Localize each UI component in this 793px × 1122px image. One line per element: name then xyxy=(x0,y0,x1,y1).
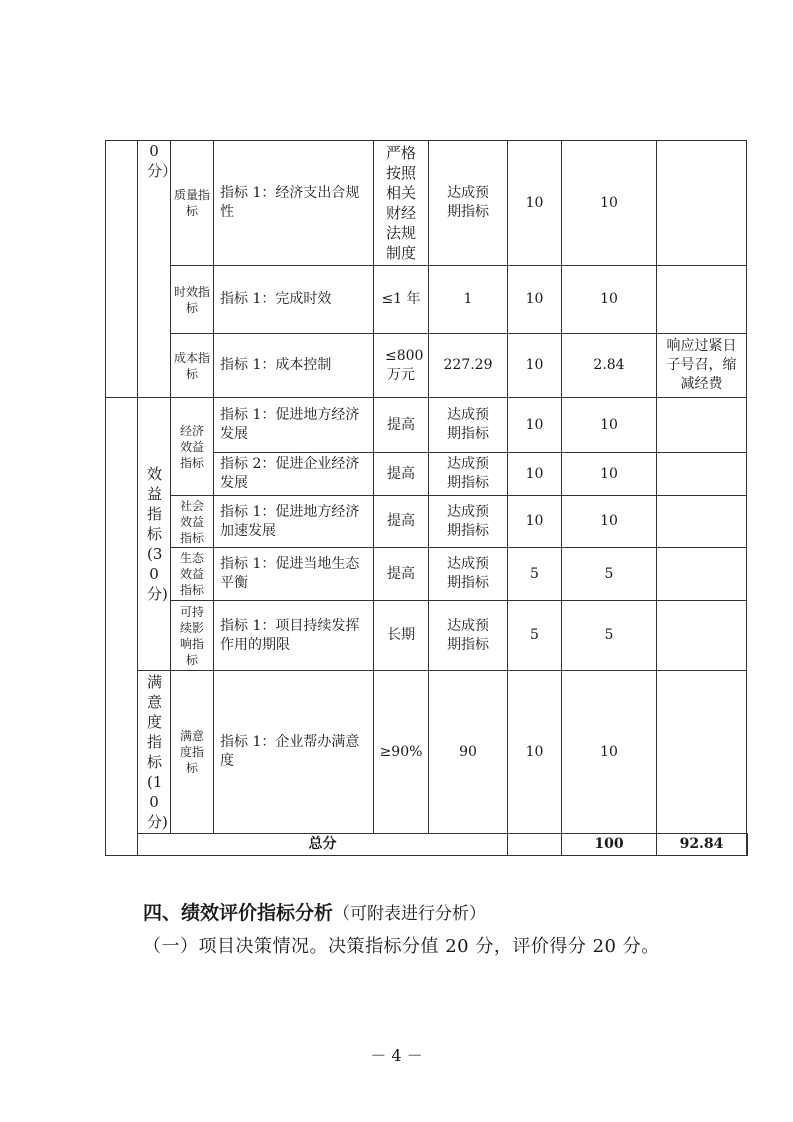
subcategory-text: 满意度指标 xyxy=(178,728,206,776)
actual-text: 达成预期指标 xyxy=(444,455,492,493)
target-text: 严格按照相关财经法规制度 xyxy=(386,143,416,263)
actual-cell: 1 xyxy=(429,266,508,334)
indicator-cell: 指标 1：企业帮办满意度 xyxy=(214,671,374,834)
actual-cell: 达成预期指标 xyxy=(429,548,508,601)
indicator-cell: 指标 1：促进地方经济加速发展 xyxy=(214,496,374,548)
subcategory-cell: 可持续影响指标 xyxy=(171,601,214,671)
weight-cell: 5 xyxy=(508,601,562,671)
performance-table: 0分） 质量指标 指标 1：经济支出合规性 严格按照相关财经法规制度 达成预期指… xyxy=(105,140,748,856)
indicator-cell: 指标 1：项目持续发挥作用的期限 xyxy=(214,601,374,671)
score-cell: 5 xyxy=(562,601,657,671)
table-row: 0分） 质量指标 指标 1：经济支出合规性 严格按照相关财经法规制度 达成预期指… xyxy=(106,141,748,266)
actual-text: 达成预期指标 xyxy=(444,617,492,655)
table-row: 生态效益指标 指标 1：促进当地生态平衡 提高 达成预期指标 5 5 xyxy=(106,548,748,601)
actual-cell: 达成预期指标 xyxy=(429,453,508,496)
actual-text: 达成预期指标 xyxy=(444,503,492,541)
total-row: 总分 100 92.84 xyxy=(106,834,748,856)
page-number: － 4 － xyxy=(0,1043,793,1066)
remark-cell xyxy=(657,141,747,266)
remark-text: 响应过紧日子号召，缩减经费 xyxy=(664,337,740,394)
subcategory-text: 社会效益指标 xyxy=(178,498,206,546)
total-score-cell: 92.84 xyxy=(657,834,747,856)
subcategory-cell: 社会效益指标 xyxy=(171,496,214,548)
table-row: 成本指标 指标 1：成本控制 ≤800万元 227.29 10 2.84 响应过… xyxy=(106,334,748,398)
subcategory-cell: 经济效益指标 xyxy=(171,398,214,496)
actual-cell: 达成预期指标 xyxy=(429,398,508,453)
table-row: 社会效益指标 指标 1：促进地方经济加速发展 提高 达成预期指标 10 10 xyxy=(106,496,748,548)
subcategory-cell: 生态效益指标 xyxy=(171,548,214,601)
category-label: 满意度指标(10分) xyxy=(147,672,161,832)
weight-cell: 10 xyxy=(508,398,562,453)
target-text: ≤800万元 xyxy=(385,347,417,385)
target-cell: ≥90% xyxy=(374,671,429,834)
weight-cell: 10 xyxy=(508,671,562,834)
subcategory-cell: 时效指标 xyxy=(171,266,214,334)
remark-cell xyxy=(657,548,747,601)
section-heading-main: 四、绩效评价指标分析 xyxy=(143,902,333,924)
score-cell: 2.84 xyxy=(562,334,657,398)
remark-cell xyxy=(657,601,747,671)
indicator-cell: 指标 1：促进当地生态平衡 xyxy=(214,548,374,601)
actual-text: 达成预期指标 xyxy=(444,555,492,593)
total-actual-cell xyxy=(508,834,562,856)
weight-cell: 5 xyxy=(508,548,562,601)
remark-cell xyxy=(657,398,747,453)
weight-cell: 10 xyxy=(508,453,562,496)
target-cell: 提高 xyxy=(374,453,429,496)
weight-cell: 10 xyxy=(508,266,562,334)
indicator-cell: 指标 2：促进企业经济发展 xyxy=(214,453,374,496)
target-cell: 长期 xyxy=(374,601,429,671)
actual-cell: 227.29 xyxy=(429,334,508,398)
weight-cell: 10 xyxy=(508,496,562,548)
subcategory-text: 可持续影响指标 xyxy=(178,604,206,668)
subcategory-cell: 成本指标 xyxy=(171,334,214,398)
score-cell: 10 xyxy=(562,266,657,334)
table-row: 满意度指标(10分) 满意度指标 指标 1：企业帮办满意度 ≥90% 90 10… xyxy=(106,671,748,834)
category-cell-output-tail: 0分） xyxy=(138,141,171,398)
section-paragraph: （一）项目决策情况。决策指标分值 20 分，评价得分 20 分。 xyxy=(143,932,660,958)
table-row: 可持续影响指标 指标 1：项目持续发挥作用的期限 长期 达成预期指标 5 5 xyxy=(106,601,748,671)
remark-cell xyxy=(657,496,747,548)
subcategory-text: 经济效益指标 xyxy=(178,423,206,471)
total-remark-cell xyxy=(747,834,748,856)
actual-text: 达成预期指标 xyxy=(444,406,492,444)
remark-cell xyxy=(657,453,747,496)
score-cell: 5 xyxy=(562,548,657,601)
actual-cell: 达成预期指标 xyxy=(429,141,508,266)
score-cell: 10 xyxy=(562,141,657,266)
actual-text: 达成预期指标 xyxy=(444,184,492,222)
indicator-cell: 指标 1：完成时效 xyxy=(214,266,374,334)
total-weight-cell: 100 xyxy=(562,834,657,856)
section-heading: 四、绩效评价指标分析（可附表进行分析） xyxy=(143,898,486,925)
target-cell: 提高 xyxy=(374,398,429,453)
target-cell: 提高 xyxy=(374,496,429,548)
subcategory-text: 生态效益指标 xyxy=(178,550,206,598)
target-cell: 严格按照相关财经法规制度 xyxy=(374,141,429,266)
indicator-cell: 指标 1：促进地方经济发展 xyxy=(214,398,374,453)
subcategory-cell: 满意度指标 xyxy=(171,671,214,834)
remark-cell xyxy=(657,671,747,834)
target-cell: ≤800万元 xyxy=(374,334,429,398)
table-row: 效益指标(30分) 经济效益指标 指标 1：促进地方经济发展 提高 达成预期指标… xyxy=(106,398,748,453)
actual-cell: 达成预期指标 xyxy=(429,496,508,548)
target-cell: ≤1 年 xyxy=(374,266,429,334)
table-row: 时效指标 指标 1：完成时效 ≤1 年 1 10 10 xyxy=(106,266,748,334)
weight-cell: 10 xyxy=(508,141,562,266)
target-cell: 提高 xyxy=(374,548,429,601)
score-cell: 10 xyxy=(562,398,657,453)
category-cell-satisfaction: 满意度指标(10分) xyxy=(138,671,171,834)
category-label: 0分） xyxy=(147,141,161,181)
category-cell-benefit: 效益指标(30分) xyxy=(138,398,171,671)
section-heading-note: （可附表进行分析） xyxy=(333,904,486,924)
weight-cell: 10 xyxy=(508,334,562,398)
indicator-cell: 指标 1：经济支出合规性 xyxy=(214,141,374,266)
category-label: 效益指标(30分) xyxy=(147,464,161,604)
score-cell: 10 xyxy=(562,671,657,834)
level1-cell xyxy=(106,398,138,856)
level1-cell xyxy=(106,141,138,398)
total-label: 总分 xyxy=(138,834,508,856)
remark-cell: 响应过紧日子号召，缩减经费 xyxy=(657,334,747,398)
actual-cell: 90 xyxy=(429,671,508,834)
actual-cell: 达成预期指标 xyxy=(429,601,508,671)
score-cell: 10 xyxy=(562,453,657,496)
remark-cell xyxy=(657,266,747,334)
subcategory-cell: 质量指标 xyxy=(171,141,214,266)
indicator-cell: 指标 1：成本控制 xyxy=(214,334,374,398)
score-cell: 10 xyxy=(562,496,657,548)
